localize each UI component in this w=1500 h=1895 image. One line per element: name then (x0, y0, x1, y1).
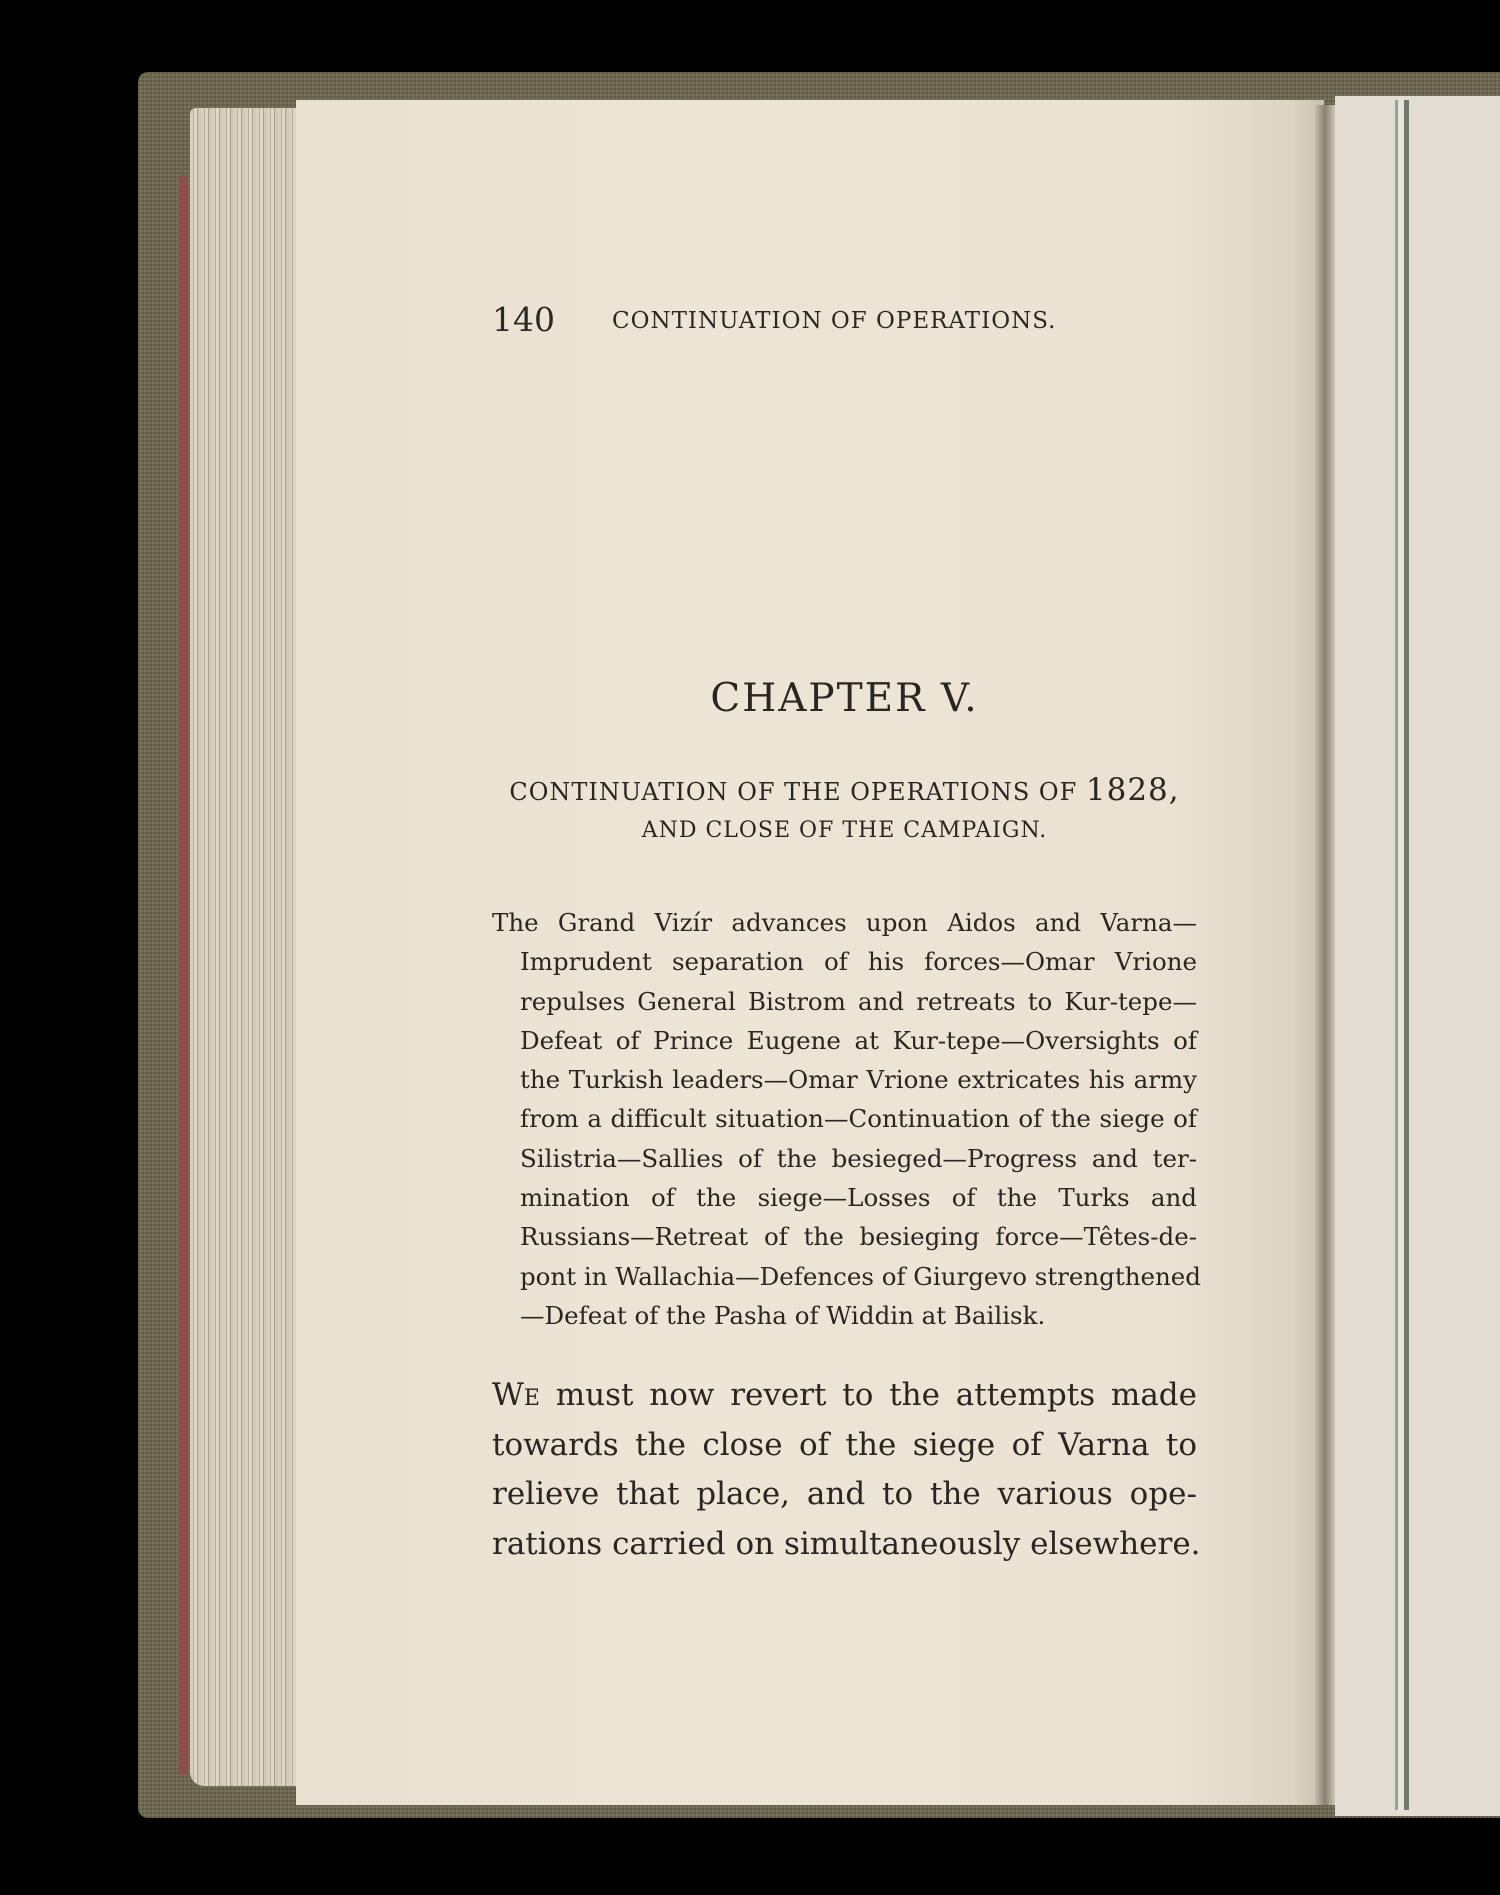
chapter-subtitle-line-2: AND CLOSE OF THE CAMPAIGN. (492, 818, 1197, 843)
summary-line: Silistria—Sallies of the besieged—Progre… (492, 1139, 1197, 1178)
body-line-rest: must now revert to the attempts made (540, 1377, 1197, 1413)
summary-line: Defeat of Prince Eugene at Kur-tepe—Over… (492, 1021, 1197, 1060)
body-line: rations carried on simultaneously elsewh… (492, 1520, 1197, 1570)
subtitle-text: CONTINUATION OF THE OPERATIONS OF (509, 778, 1077, 806)
subtitle-year: 1828, (1086, 772, 1180, 808)
summary-line: Imprudent separation of his forces—Omar … (492, 942, 1197, 981)
running-title: CONTINUATION OF OPERATIONS. (612, 308, 1056, 334)
body-paragraph: We must now revert to the attempts made … (492, 1371, 1197, 1569)
chapter-subtitle-line-1: CONTINUATION OF THE OPERATIONS OF 1828, (492, 772, 1197, 808)
summary-line: The Grand Vizír advances upon Aidos and … (492, 903, 1197, 942)
chapter-summary: The Grand Vizír advances upon Aidos and … (492, 903, 1197, 1335)
summary-line: Russians—Retreat of the besieging force—… (492, 1217, 1197, 1256)
page-stack-edges (190, 108, 298, 1786)
cover-red-edge (178, 175, 188, 1775)
body-first-word: We (492, 1377, 540, 1413)
book-gutter (1315, 105, 1335, 1805)
body-line: relieve that place, and to the various o… (492, 1470, 1197, 1520)
body-line: We must now revert to the attempts made (492, 1371, 1197, 1421)
facing-page-border-rule (1395, 100, 1409, 1810)
chapter-title: CHAPTER V. (492, 676, 1197, 721)
summary-line: pont in Wallachia—Defences of Giurgevo s… (492, 1257, 1197, 1296)
page-number: 140 (492, 300, 555, 339)
body-line: towards the close of the siege of Varna … (492, 1421, 1197, 1471)
facing-page (1335, 96, 1500, 1816)
summary-line: repulses General Bistrom and retreats to… (492, 982, 1197, 1021)
summary-line: —Defeat of the Pasha of Widdin at Bailis… (492, 1296, 1197, 1335)
summary-line: mination of the siege—Losses of the Turk… (492, 1178, 1197, 1217)
summary-line: the Turkish leaders—Omar Vrione extricat… (492, 1060, 1197, 1099)
summary-line: from a difficult situation—Continuation … (492, 1099, 1197, 1138)
